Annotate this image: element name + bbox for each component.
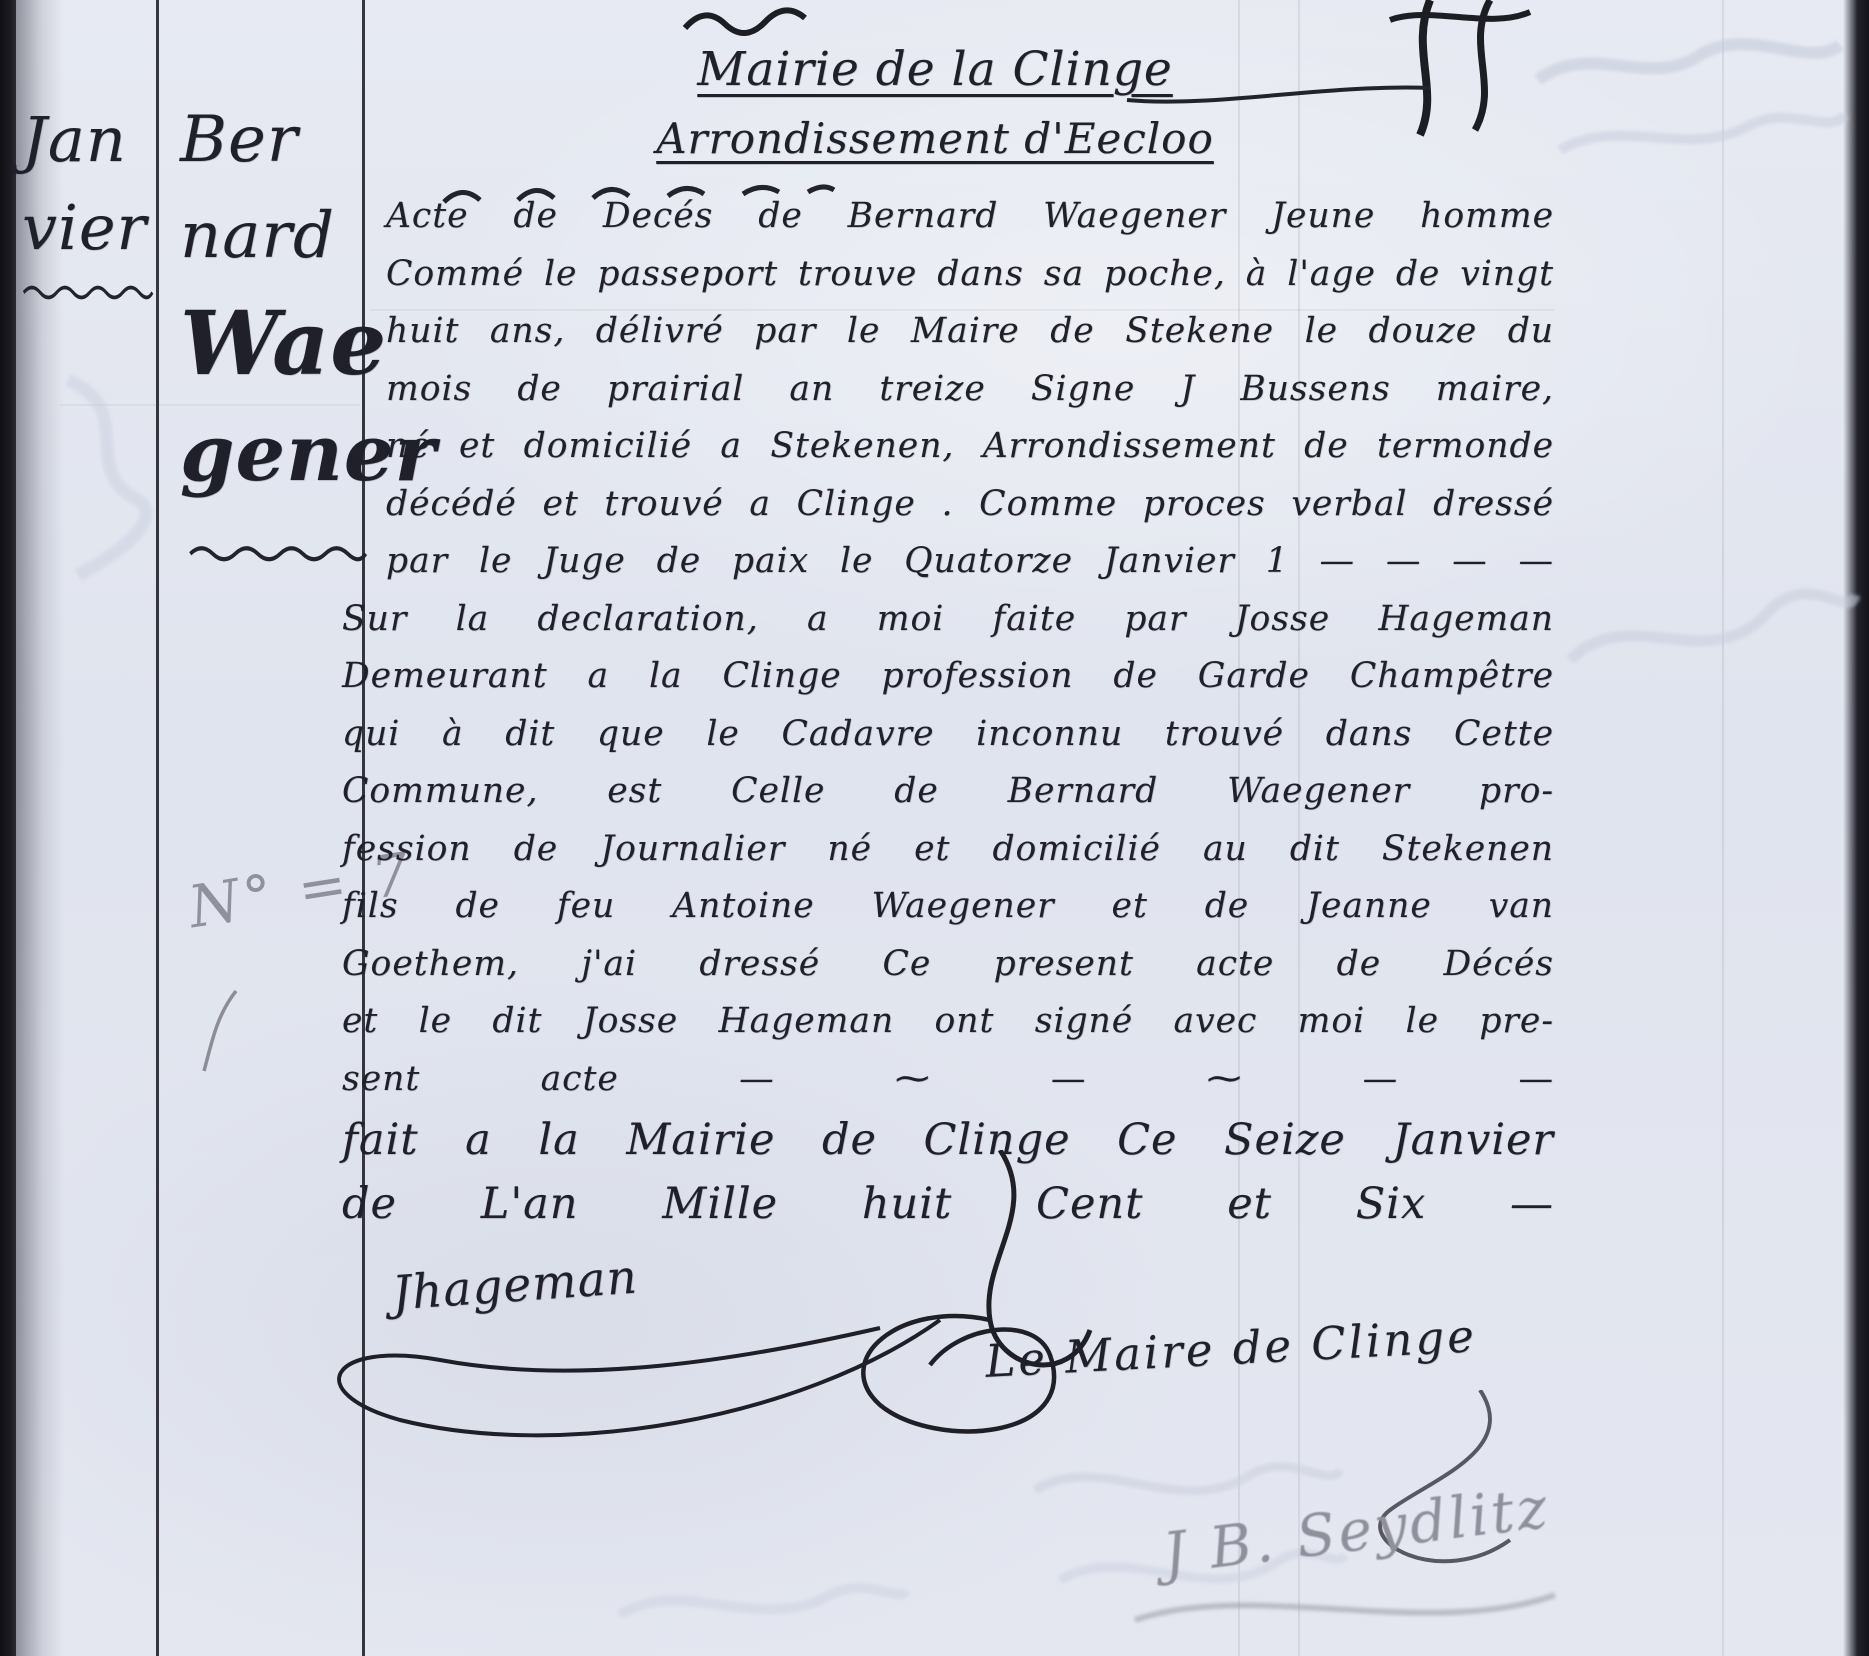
month-line: vier (22, 184, 154, 272)
act-body: Acte de Decés de Bernard Waegener Jeune … (342, 188, 1554, 1236)
page-right-edge (1843, 0, 1869, 1656)
body-line: huit ans, délivré par le Maire de Steken… (342, 303, 1554, 361)
body-line: Commé le passeport trouve dans sa poche,… (342, 246, 1554, 304)
margin-rule-1 (156, 0, 159, 1656)
wavy-underline (188, 540, 368, 562)
crease-line (1722, 0, 1724, 1656)
arrondissement-subtitle: Arrondissement d'Eecloo (430, 108, 1440, 170)
body-line: décédé et trouvé a Clinge . Comme proces… (342, 476, 1554, 534)
binding-edge (0, 0, 16, 1656)
body-line: qui à dit que le Cadavre inconnu trouvé … (342, 706, 1554, 764)
mairie-title: Mairie de la Clinge (430, 38, 1440, 102)
body-line: sent acte — ⁓ — ⁓ — — (342, 1051, 1554, 1109)
margin-month: Jan vier (22, 96, 154, 272)
ghost-bleedthrough (1530, 20, 1850, 190)
body-line: Acte de Decés de Bernard Waegener Jeune … (342, 188, 1554, 246)
body-line: mois de prairial an treize Signe J Busse… (342, 361, 1554, 419)
declarant-signature: Jhageman (390, 1249, 639, 1321)
body-line: fils de feu Antoine Waegener et de Jeann… (342, 878, 1554, 936)
body-line: fait a la Mairie de Clinge Ce Seize Janv… (342, 1108, 1554, 1172)
body-line: Goethem, j'ai dressé Ce present acte de … (342, 936, 1554, 994)
ghost-bleedthrough (610, 1545, 910, 1655)
signature-flourish (320, 1300, 960, 1470)
body-line: de L'an Mille huit Cent et Six — (342, 1172, 1554, 1236)
body-line: Commune, est Celle de Bernard Waegener p… (342, 763, 1554, 821)
ink-fragment-top-left (680, 0, 810, 40)
name-line: nard (180, 188, 365, 284)
body-line: par le Juge de paix le Quatorze Janvier … (342, 533, 1554, 591)
page-header: Mairie de la Clinge Arrondissement d'Eec… (430, 38, 1440, 170)
mayor-name-signature: J B. Seydlitz (1159, 1475, 1553, 1588)
ghost-bleedthrough (48, 350, 168, 590)
body-line: Sur la declaration, a moi faite par Joss… (342, 591, 1554, 649)
ghost-bleedthrough (1560, 540, 1860, 720)
body-line: né et domicilié a Stekenen, Arrondisseme… (342, 418, 1554, 476)
document-page: Jan vier Ber nard Wae gener N° = 7 Mairi… (0, 0, 1869, 1656)
body-line: et le dit Josse Hageman ont signé avec m… (342, 993, 1554, 1051)
pencil-stroke (196, 986, 256, 1076)
margin-name: Ber nard Wae gener (180, 92, 365, 506)
body-line: Demeurant a la Clinge profession de Gard… (342, 648, 1554, 706)
mayor-title-signature: Le Maire de Clinge (984, 1309, 1478, 1388)
name-line: gener (180, 402, 365, 506)
name-line: Ber (180, 92, 365, 188)
month-line: Jan (22, 96, 154, 184)
body-line: fession de Journalier né et domicilié au… (342, 821, 1554, 879)
name-line: Wae (180, 284, 365, 402)
